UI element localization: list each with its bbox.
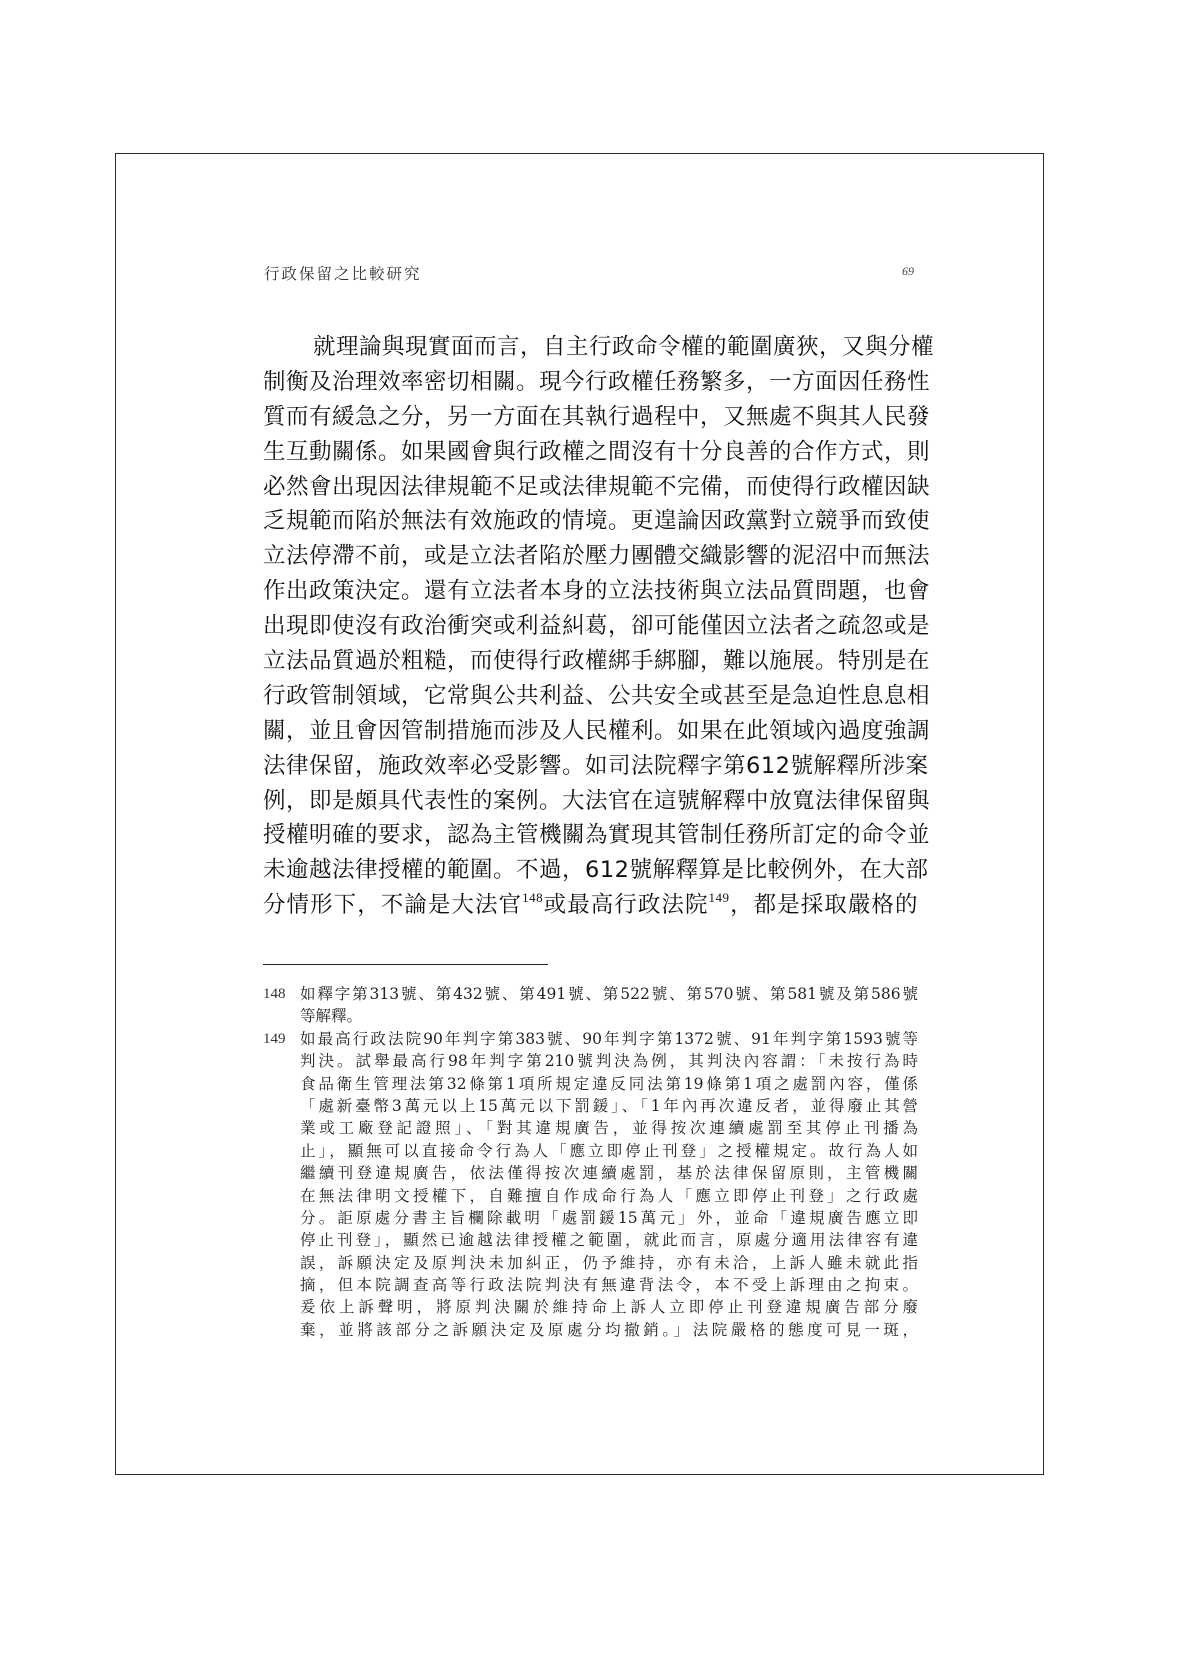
footnote-line: 止」，顯無可以直接命令行為人「應立即停止刊登」之授權規定。故行為人如 <box>300 1140 918 1162</box>
footnote-line: 爰依上訴聲明，將原判決關於維持命上訴人立即停止刊登違規廣告部分廢 <box>300 1296 918 1318</box>
footnote-ref-149[interactable]: 149 <box>709 890 730 905</box>
footnote-number: 149 <box>263 1028 286 1050</box>
body-line: 行政管制領域，它常與公共利益、公共安全或甚至是急迫性息息相 <box>263 679 918 714</box>
footnote-149-cont: 摘，但本院調查高等行政法院判決有無違背法令，本不受上訴理由之拘束。 <box>263 1274 918 1296</box>
footnote-ref-148[interactable]: 148 <box>522 890 543 905</box>
footnote-149-cont: 繼續刊登違規廣告，依法僅得按次連續處罰，基於法律保留原則，主管機關 <box>263 1162 918 1184</box>
text-segment: 分情形下，不論是大法官 <box>263 892 522 918</box>
footnote-149-cont: 「處新臺幣3萬元以上15萬元以下罰鍰」、「1年內再次違反者，並得廢止其營 <box>263 1095 918 1117</box>
body-line: 法律保留，施政效率必受影響。如司法院釋字第612號解釋所涉案 <box>263 749 918 784</box>
footnote-line: 業或工廠登記證照」、「對其違規廣告，並得按次連續處罰至其停止刊播為 <box>300 1117 918 1139</box>
footnote-149-cont: 食品衛生管理法第32條第1項所規定違反同法第19條第1項之處罰內容，僅係 <box>263 1073 918 1095</box>
footnote-149-cont: 在無法律明文授權下，自難擅自作成命行為人「應立即停止刊登」之行政處 <box>263 1185 918 1207</box>
footnote-line: 棄，並將該部分之訴願決定及原處分均撤銷。」法院嚴格的態度可見一斑， <box>300 1319 918 1341</box>
footnote-149-cont: 止」，顯無可以直接命令行為人「應立即停止刊登」之授權規定。故行為人如 <box>263 1140 918 1162</box>
body-line: 質而有緩急之分，另一方面在其執行過程中，又無處不與其人民發 <box>263 400 918 435</box>
body-line: 未逾越法律授權的範圍。不過，612號解釋算是比較例外，在大部 <box>263 853 918 888</box>
footnote-149-cont: 誤，訴願決定及原判決未加糾正，仍予維持，亦有未洽，上訴人雖未就此指 <box>263 1252 918 1274</box>
body-line: 乏規範而陷於無法有效施政的情境。更遑論因政黨對立競爭而致使 <box>263 504 918 539</box>
footnote-149-cont: 棄，並將該部分之訴願決定及原處分均撤銷。」法院嚴格的態度可見一斑， <box>263 1319 918 1341</box>
body-line: 出現即使沒有政治衝突或利益糾葛，卻可能僅因立法者之疏忽或是 <box>263 609 918 644</box>
footnote-149: 149 如最高行政法院90年判字第383號、90年判字第1372號、91年判字第… <box>263 1028 918 1050</box>
footnote-number: 148 <box>263 983 286 1005</box>
footnote-148: 148 如釋字第313號、第432號、第491號、第522號、第570號、第58… <box>263 983 918 1005</box>
footnote-line: 「處新臺幣3萬元以上15萬元以下罰鍰」、「1年內再次違反者，並得廢止其營 <box>300 1095 918 1117</box>
body-line: 就理論與現實面而言，自主行政命令權的範圍廣狹，又與分權 <box>263 330 918 365</box>
body-line: 作出政策決定。還有立法者本身的立法技術與立法品質問題，也會 <box>263 574 918 609</box>
footnote-line: 判決。試舉最高行98年判字第210號判決為例，其判決內容謂：「未按行為時 <box>300 1050 918 1072</box>
footnote-line: 在無法律明文授權下，自難擅自作成命行為人「應立即停止刊登」之行政處 <box>300 1185 918 1207</box>
footnote-line: 食品衛生管理法第32條第1項所規定違反同法第19條第1項之處罰內容，僅係 <box>300 1073 918 1095</box>
text-segment: ，都是採取嚴格的 <box>730 892 918 918</box>
footnote-line: 繼續刊登違規廣告，依法僅得按次連續處罰，基於法律保留原則，主管機關 <box>300 1162 918 1184</box>
body-line: 制衡及治理效率密切相關。現今行政權任務繁多，一方面因任務性 <box>263 365 918 400</box>
footnote-149-cont: 判決。試舉最高行98年判字第210號判決為例，其判決內容謂：「未按行為時 <box>263 1050 918 1072</box>
body-line: 授權明確的要求，認為主管機關為實現其管制任務所訂定的命令並 <box>263 818 918 853</box>
footnote-line: 摘，但本院調查高等行政法院判決有無違背法令，本不受上訴理由之拘束。 <box>300 1274 918 1296</box>
footnote-149-cont: 停止刊登」，顯然已逾越法律授權之範圍，就此而言，原處分適用法律容有違 <box>263 1229 918 1251</box>
body-line: 立法品質過於粗糙，而使得行政權綁手綁腳，難以施展。特別是在 <box>263 644 918 679</box>
body-line: 例，即是頗具代表性的案例。大法官在這號解釋中放寬法律保留與 <box>263 784 918 819</box>
body-line: 必然會出現因法律規範不足或法律規範不完備，而使得行政權因缺 <box>263 470 918 505</box>
body-line-last: 分情形下，不論是大法官148或最高行政法院149，都是採取嚴格的 <box>263 888 918 923</box>
body-line: 立法停滯不前，或是立法者陷於壓力團體交織影響的泥沼中而無法 <box>263 539 918 574</box>
footnote-line: 誤，訴願決定及原判決未加糾正，仍予維持，亦有未洽，上訴人雖未就此指 <box>300 1252 918 1274</box>
footnote-149-cont: 業或工廠登記證照」、「對其違規廣告，並得按次連續處罰至其停止刊播為 <box>263 1117 918 1139</box>
footnote-separator <box>263 964 548 965</box>
footnote-line: 如最高行政法院90年判字第383號、90年判字第1372號、91年判字第1593… <box>300 1028 918 1050</box>
body-paragraph: 就理論與現實面而言，自主行政命令權的範圍廣狹，又與分權 制衡及治理效率密切相關。… <box>263 330 918 923</box>
footnote-149-cont: 分。詎原處分書主旨欄除載明「處罰鍰15萬元」外，並命「違規廣告應立即 <box>263 1207 918 1229</box>
footnote-149-cont: 爰依上訴聲明，將原判決關於維持命上訴人立即停止刊登違規廣告部分廢 <box>263 1296 918 1318</box>
footnote-148-cont: 等解釋。 <box>263 1005 918 1027</box>
footnote-line: 分。詎原處分書主旨欄除載明「處罰鍰15萬元」外，並命「違規廣告應立即 <box>300 1207 918 1229</box>
body-line: 關，並且會因管制措施而涉及人民權利。如果在此領域內過度強調 <box>263 714 918 749</box>
body-line: 生互動關係。如果國會與行政權之間沒有十分良善的合作方式，則 <box>263 435 918 470</box>
footnote-line: 如釋字第313號、第432號、第491號、第522號、第570號、第581號及第… <box>300 983 918 1005</box>
footnotes: 148 如釋字第313號、第432號、第491號、第522號、第570號、第58… <box>263 983 918 1341</box>
running-title: 行政保留之比較研究 <box>264 262 422 284</box>
text-segment: 或最高行政法院 <box>543 892 708 918</box>
footnote-line: 等解釋。 <box>300 1005 918 1027</box>
page-number: 69 <box>902 264 914 279</box>
footnote-line: 停止刊登」，顯然已逾越法律授權之範圍，就此而言，原處分適用法律容有違 <box>300 1229 918 1251</box>
